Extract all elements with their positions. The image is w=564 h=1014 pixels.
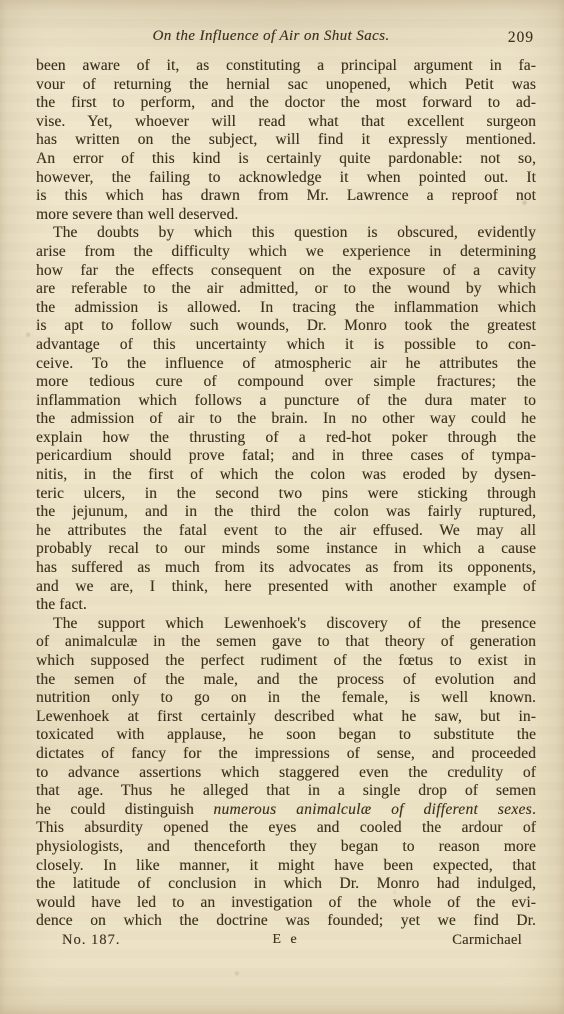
issue-number: No. 187. <box>62 932 120 949</box>
text-line: has suffered as much from its advocates … <box>36 559 536 578</box>
text-line: is this which has drawn from Mr. Lawrenc… <box>36 187 536 206</box>
text-line: been aware of it, as constituting a prin… <box>36 57 536 76</box>
text-line: of animalculæ in the semen gave to that … <box>36 633 536 652</box>
text-line: that age. Thus he alleged that in a sing… <box>36 782 536 801</box>
text-line: more tedious cure of compound over simpl… <box>36 373 536 392</box>
text-line: the first to perform, and the doctor the… <box>36 94 536 113</box>
text-line: which supposed the perfect rudiment of t… <box>36 652 536 671</box>
text-line: The support which Lewenhoek's discovery … <box>36 615 536 634</box>
text-line: however, the failing to acknowledge it w… <box>36 169 536 188</box>
text-line: dictates of fancy for the impressions of… <box>36 745 536 764</box>
text-line: would have led to an investigation of th… <box>36 894 536 913</box>
text-line: This absurdity opened the eyes and coole… <box>36 819 536 838</box>
text-line: dence on which the doctrine was founded;… <box>36 912 536 931</box>
text-line: arise from the difficulty which we exper… <box>36 243 536 262</box>
page-body: been aware of it, as constituting a prin… <box>36 57 536 931</box>
text-line: the jejunum, and in the third the colon … <box>36 503 536 522</box>
text-line: the fact. <box>36 596 536 615</box>
text-line: nutrition only to go on in the female, i… <box>36 689 536 708</box>
text-line: nitis, in the first of which the colon w… <box>36 466 536 485</box>
paragraph: The support which Lewenhoek's discovery … <box>36 615 536 931</box>
text-line: Lewenhoek at first certainly described w… <box>36 708 536 727</box>
running-head: On the Influence of Air on Shut Sacs. <box>36 28 506 45</box>
text-line: ceive. To the influence of atmospheric a… <box>36 355 536 374</box>
text-line: and we are, I think, here presented with… <box>36 578 536 597</box>
text-line: advantage of this uncertainty which it i… <box>36 336 536 355</box>
text-line: how far the effects consequent on the ex… <box>36 262 536 281</box>
text-line: he could distinguish numerous animalculæ… <box>36 801 536 820</box>
text-line: vise. Yet, whoever will read what that e… <box>36 113 536 132</box>
text-line: inflammation which follows a puncture of… <box>36 392 536 411</box>
text-line: the latitude of conclusion in which Dr. … <box>36 875 536 894</box>
text-line: vour of returning the hernial sac unopen… <box>36 76 536 95</box>
text-line: the semen of the male, and the process o… <box>36 671 536 690</box>
scanned-page: On the Influence of Air on Shut Sacs. 20… <box>0 0 564 1014</box>
page-footer: No. 187. E e Carmichael <box>36 932 536 952</box>
text-line: toxicated with applause, he soon began t… <box>36 726 536 745</box>
paragraph: been aware of it, as constituting a prin… <box>36 57 536 224</box>
text-line: is apt to follow such wounds, Dr. Monro … <box>36 317 536 336</box>
text-line: to advance assertions which staggered ev… <box>36 764 536 783</box>
text-line: the admission is allowed. In tracing the… <box>36 299 536 318</box>
text-line: explain how the thrusting of a red-hot p… <box>36 429 536 448</box>
text-line: are referable to the air admitted, or to… <box>36 280 536 299</box>
text-line: has written on the subject, will find it… <box>36 131 536 150</box>
signature-mark: E e <box>272 932 299 948</box>
text-line: pericardium should prove fatal; and in t… <box>36 447 536 466</box>
text-line: An error of this kind is certainly quite… <box>36 150 536 169</box>
catchword: Carmichael <box>452 932 522 949</box>
text-line: closely. In like manner, it might have b… <box>36 857 536 876</box>
text-line: probably recal to our minds some instanc… <box>36 540 536 559</box>
text-line: The doubts by which this question is obs… <box>36 224 536 243</box>
text-line: he attributes the fatal event to the air… <box>36 522 536 541</box>
text-line: more severe than well deserved. <box>36 206 536 225</box>
text-line: teric ulcers, in the second two pins wer… <box>36 485 536 504</box>
page-header: On the Influence of Air on Shut Sacs. 20… <box>36 28 536 50</box>
text-line: the admission of air to the brain. In no… <box>36 410 536 429</box>
page-number: 209 <box>508 29 534 47</box>
italic-text: numerous animalculæ of different sexes <box>213 801 532 818</box>
text-line: physiologists, and thenceforth they bega… <box>36 838 536 857</box>
paragraph: The doubts by which this question is obs… <box>36 224 536 614</box>
